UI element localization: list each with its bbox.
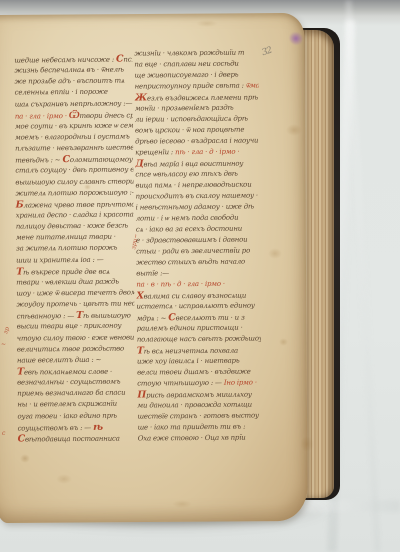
text-line: Жезлъ въздвижесѧ племени прѣ (135, 91, 259, 103)
text-line: жество стыихъ вѣдѣ начало (136, 256, 260, 268)
parchment-stain (20, 454, 30, 463)
text-line: полагающе насъ свѣтъ рождьшоу · — (137, 333, 261, 345)
red-margin-mark: ~ (1, 341, 6, 348)
text-line: Двѣа марїа і вца воистинноу (135, 157, 259, 169)
text-line: шаѧ съхранивъ непрѣложноу :— (15, 98, 133, 110)
text-line: Свѣтодавица постоанниса (18, 432, 136, 444)
text-line: па · гла · ірмо · Ѿтвори днесь срце (15, 109, 133, 121)
text-line: жителѧ плотию порожьшоую :— (15, 187, 133, 199)
text-line: высии твари вце · приклоноу (17, 321, 135, 333)
manuscript-photo: 32 шедше небесамъ ничсоже : Спслъжизнь б… (0, 0, 400, 552)
text-line: Оха еже стовою · Оца хв прїи (138, 432, 262, 444)
parchment-stain (268, 248, 282, 259)
text-line: і невѣстнѣмоу адамоу · иже дѣ (136, 201, 260, 213)
text-line: сталъ соущоу · двѣ противноу вцѣ · (15, 165, 133, 177)
text-column-right: жизнїи · члвкомъ рождьшїи тпа вце · спап… (134, 47, 261, 444)
text-line: за жителѧ плотию порожь (16, 243, 134, 255)
text-line: величитисѧ твое рождьство (17, 343, 135, 355)
text-line: палицоу девьства · юже безсѣ (16, 221, 134, 233)
text-column-left: шедше небесамъ ничсоже : Спслъжизнь бесп… (14, 53, 135, 444)
text-line: вышьшоую силоу славнѣ створи · за (15, 176, 133, 188)
parchment-stain (56, 474, 72, 484)
text-line: же прозѧбе адъ · въспоитъ тѧ (14, 76, 132, 88)
parchment-stain (279, 338, 288, 346)
parchment-stain (196, 20, 218, 27)
red-margin-mark: с (2, 430, 5, 437)
text-line: жизнїи · члвкомъ рождьшїи т (134, 47, 258, 59)
text-line: дрѣво іесеово · въздрасла і наоучи (135, 135, 259, 147)
parchment-stain (300, 436, 314, 452)
parchment-stain (286, 124, 302, 136)
parchment-stain (172, 500, 192, 508)
text-line: чтоую силоу твою · еже ѡвнови (17, 332, 135, 344)
text-line: приемь везначалнаго ба спаси (17, 388, 135, 400)
